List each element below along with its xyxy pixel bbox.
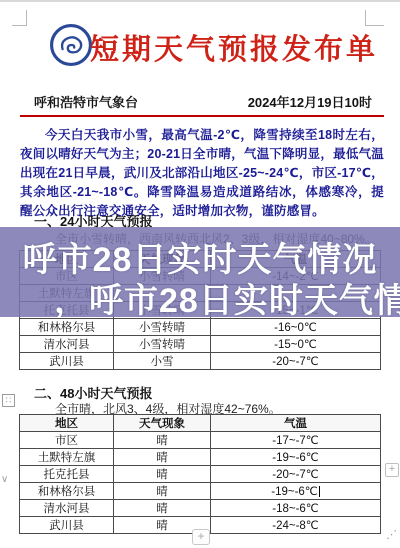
table-row: 土默特左旗 晴 -19~-6℃ [20, 449, 381, 466]
watermark-banner: 呼市28日实时天气情况 ，呼市28日实时天气情 [0, 227, 400, 317]
col-header-temperature: 气温 [211, 415, 381, 432]
page-margin-corner-top-right [365, 10, 384, 26]
header-divider-rule [20, 115, 384, 117]
document-page: 短期天气预报发布单 呼和浩特市气象台 2024年12月19日10时 今天白天我市… [0, 0, 400, 548]
col-header-weather: 天气现象 [114, 415, 211, 432]
temperature-cell: -20~-7℃ [211, 466, 381, 483]
temperature-cell: -17~-7℃ [211, 432, 381, 449]
temperature-cell: -16~0℃ [211, 319, 381, 336]
temperature-value: -19~-6℃ [271, 486, 317, 498]
region-cell: 清水河县 [20, 336, 114, 353]
insert-column-plus-button[interactable]: + [385, 463, 399, 477]
weather-cell: 晴 [114, 466, 211, 483]
temperature-cell: -18~-6℃ [211, 500, 381, 517]
region-cell: 和林格尔县 [20, 483, 114, 500]
weather-cell: 晴 [114, 449, 211, 466]
forecast-table-48h: 地区 天气现象 气温 市区 晴 -17~-7℃ 土默特左旗 晴 -19~-6℃ … [19, 414, 381, 534]
region-cell: 武川县 [20, 517, 114, 534]
text-cursor [319, 486, 320, 497]
table-move-handle-icon[interactable]: ∷ [2, 394, 15, 407]
table-row: 清水河县 晴 -18~-6℃ [20, 500, 381, 517]
temperature-cell: -20~-7℃ [211, 353, 381, 370]
insert-row-plus-button[interactable]: + [192, 529, 210, 545]
region-cell: 清水河县 [20, 500, 114, 517]
weather-cell: 晴 [114, 432, 211, 449]
weather-cell: 小雪转晴 [114, 319, 211, 336]
temperature-cell: -15~0℃ [211, 336, 381, 353]
table-resize-handle-icon[interactable]: ⋰ [386, 528, 397, 541]
agency-name: 呼和浩特市气象台 [34, 92, 138, 111]
forecast-summary-paragraph: 今天白天我市小雪，最高气温-2℃，降雪持续至18时左右，夜间以晴好天气为主；20… [20, 126, 384, 221]
region-cell: 市区 [20, 432, 114, 449]
table-row: 武川县 小雪 -20~-7℃ [20, 353, 381, 370]
meteorological-bureau-logo-icon [50, 24, 92, 66]
page-title: 短期天气预报发布单 [90, 27, 390, 68]
region-cell: 武川县 [20, 353, 114, 370]
temperature-cell: -24~-8℃ [211, 517, 381, 534]
table-row: 和林格尔县 小雪转晴 -16~0℃ [20, 319, 381, 336]
watermark-title-line2: ，呼市28日实时天气情 [54, 273, 400, 317]
issue-datetime: 2024年12月19日10时 [248, 92, 372, 111]
region-cell: 土默特左旗 [20, 449, 114, 466]
temperature-cell: -19~-6℃ [211, 449, 381, 466]
temperature-cell-with-caret[interactable]: -19~-6℃ [211, 483, 381, 500]
page-margin-corner-top-left [12, 10, 27, 26]
region-cell: 托克托县 [20, 466, 114, 483]
table-header-row: 地区 天气现象 气温 [20, 415, 381, 432]
region-cell: 和林格尔县 [20, 319, 114, 336]
chevron-down-icon[interactable]: ∨ [1, 474, 8, 485]
weather-cell: 小雪转晴 [114, 336, 211, 353]
table-row: 市区 晴 -17~-7℃ [20, 432, 381, 449]
table-row: 和林格尔县 晴 -19~-6℃ [20, 483, 381, 500]
table-row: 托克托县 晴 -20~-7℃ [20, 466, 381, 483]
col-header-region: 地区 [20, 415, 114, 432]
weather-cell: 晴 [114, 483, 211, 500]
weather-cell: 小雪 [114, 353, 211, 370]
table-row: 清水河县 小雪转晴 -15~0℃ [20, 336, 381, 353]
weather-cell: 晴 [114, 500, 211, 517]
